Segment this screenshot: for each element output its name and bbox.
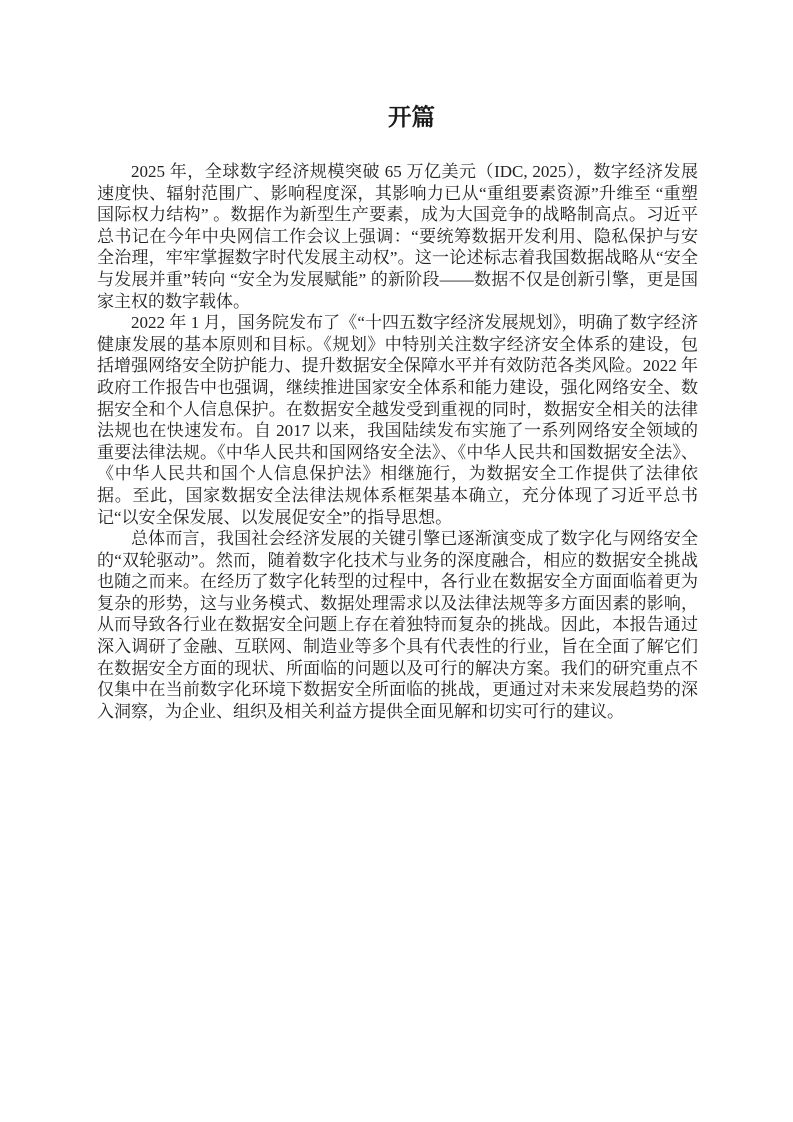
document-body: 2025 年，全球数字经济规模突破 65 万亿美元（IDC, 2025），数字经… — [97, 161, 698, 722]
document-content: 开篇 2025 年，全球数字经济规模突破 65 万亿美元（IDC, 2025），… — [0, 0, 793, 722]
body-paragraph-1: 2025 年，全球数字经济规模突破 65 万亿美元（IDC, 2025），数字经… — [97, 161, 698, 312]
page-title: 开篇 — [111, 0, 712, 131]
body-paragraph-3: 总体而言，我国社会经济发展的关键引擎已逐渐演变成了数字化与网络安全的“双轮驱动”… — [97, 528, 698, 722]
body-paragraph-2: 2022 年 1 月，国务院发布了《“十四五数字经济发展规划》，明确了数字经济健… — [97, 312, 698, 528]
document-page: 开篇 2025 年，全球数字经济规模突破 65 万亿美元（IDC, 2025），… — [0, 0, 793, 1122]
